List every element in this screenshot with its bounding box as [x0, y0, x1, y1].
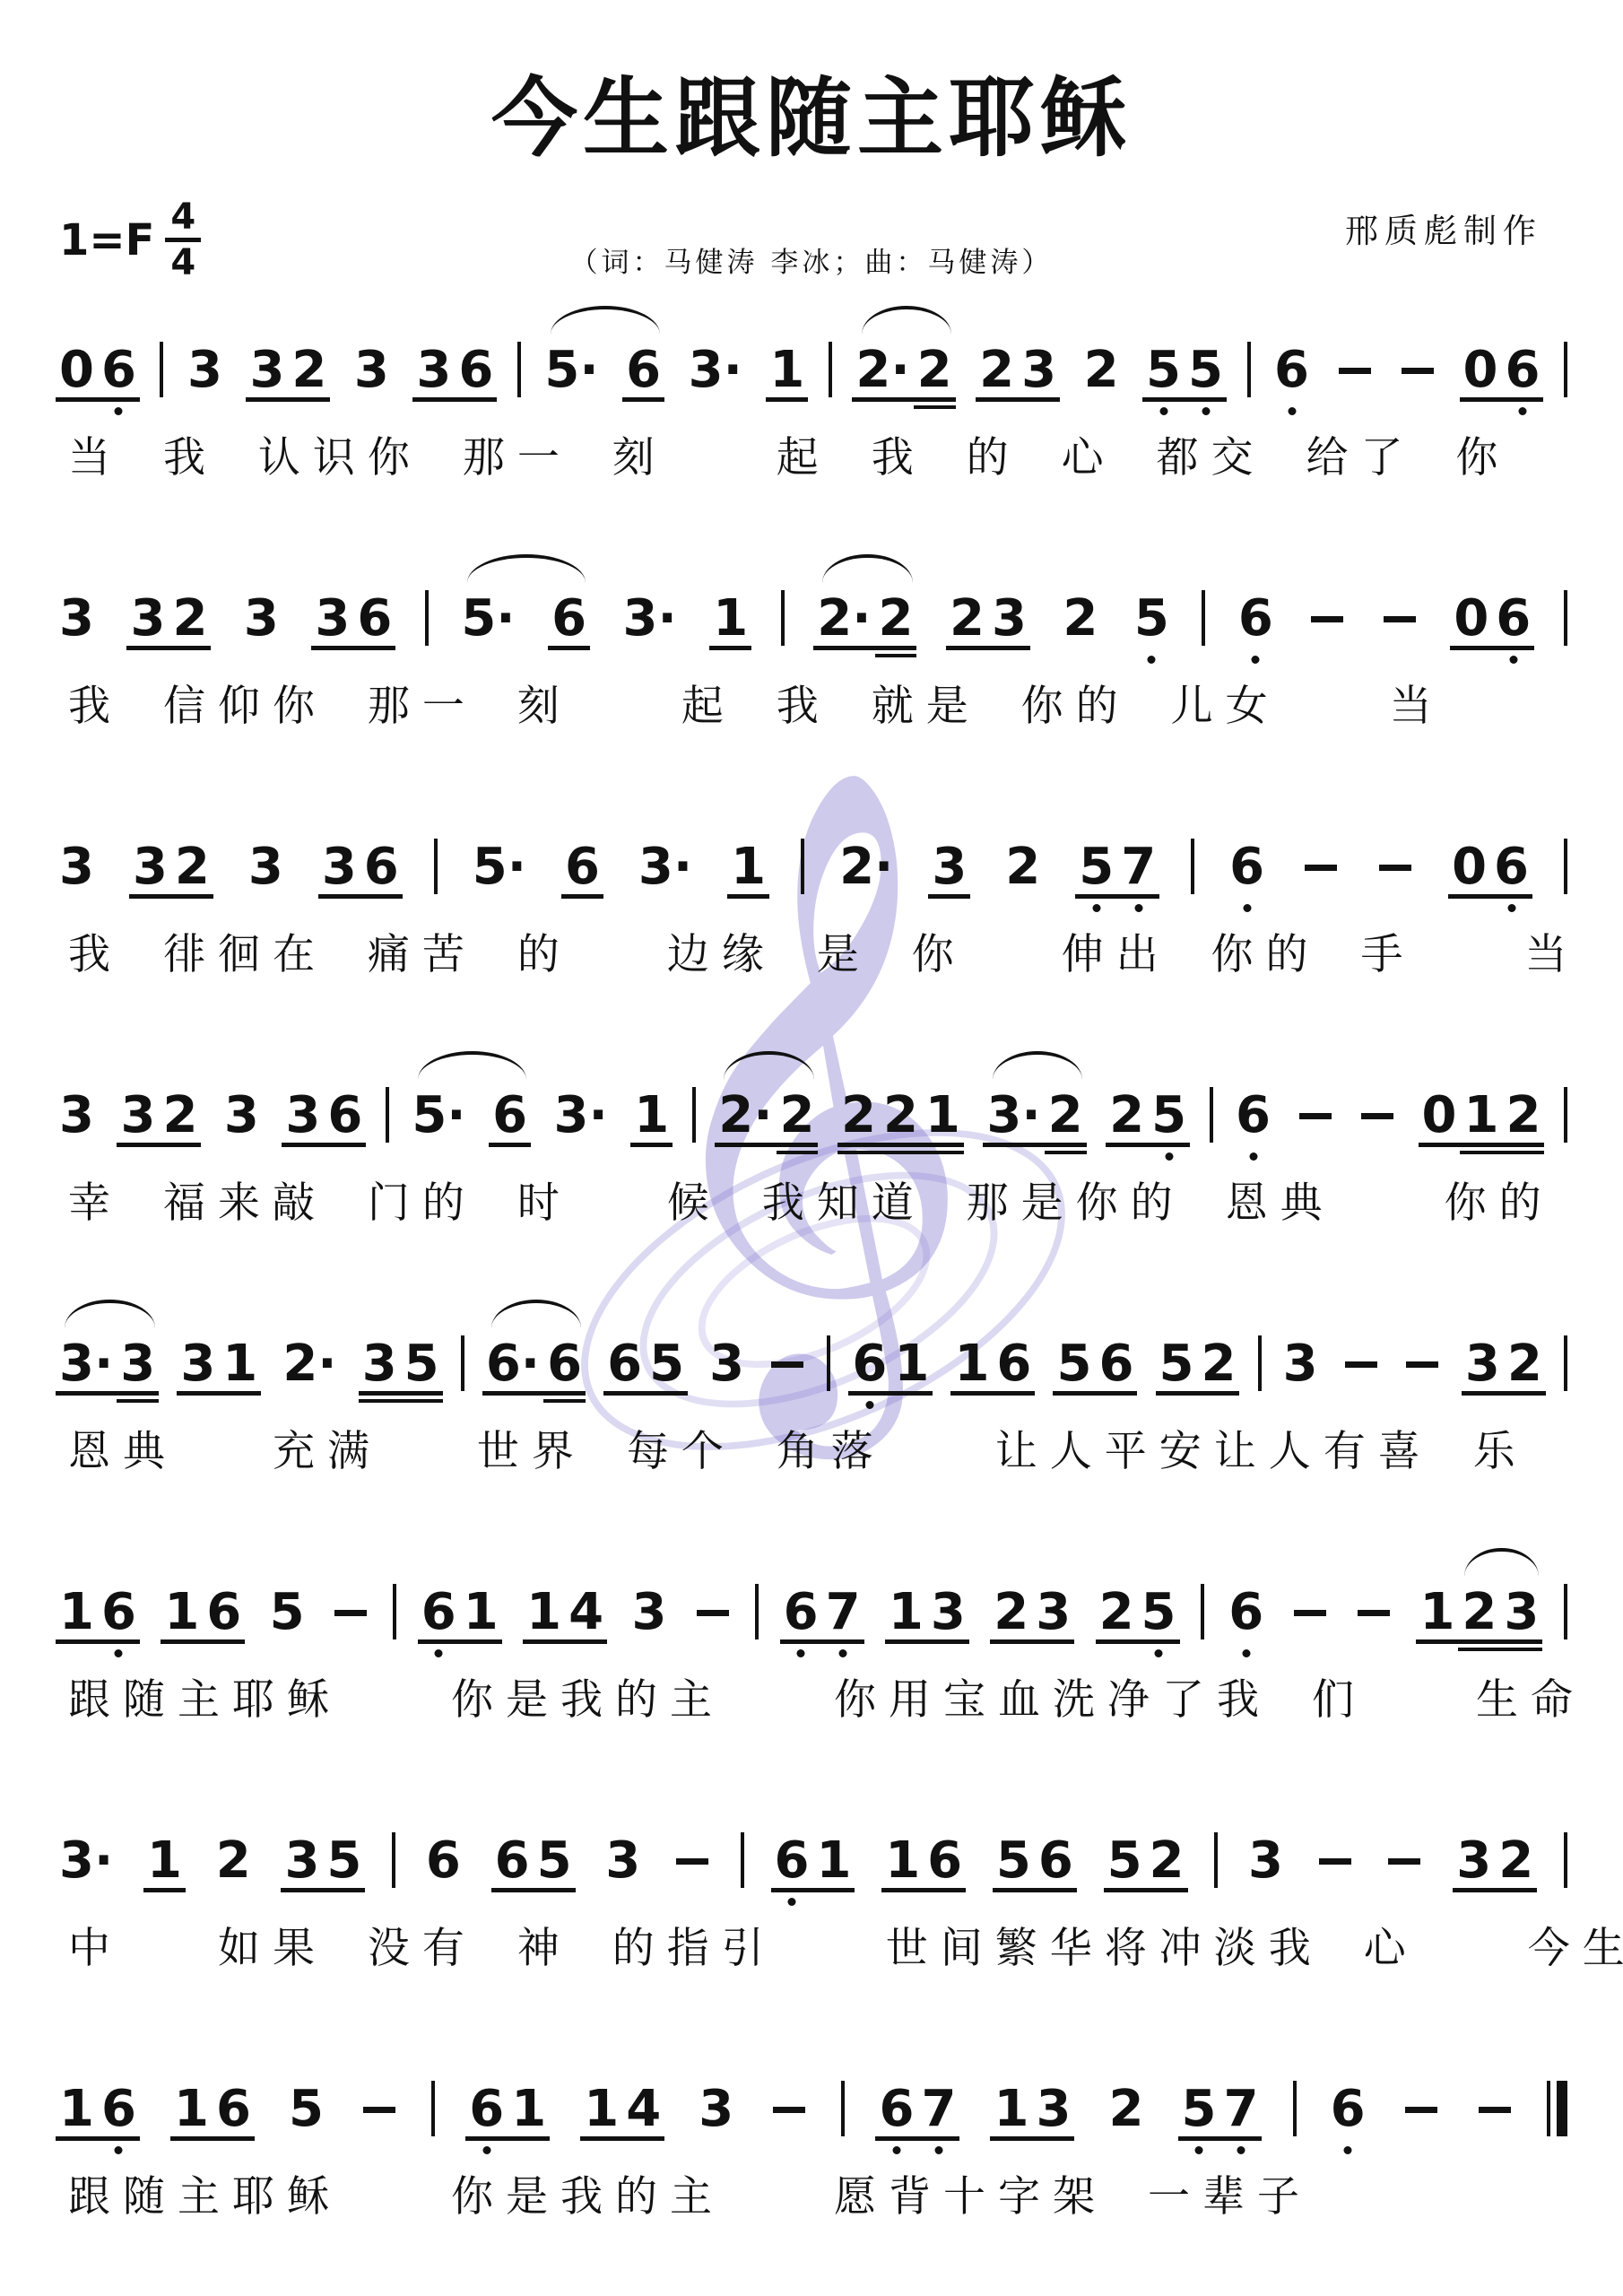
- note: 3: [221, 1089, 263, 1143]
- note: 5: [1104, 1834, 1146, 1888]
- note-group: 23: [976, 344, 1060, 402]
- note-group: 6: [1235, 592, 1277, 646]
- note: 2·: [715, 1089, 776, 1143]
- score-meta: 1=F 4 4 （词：马健涛 李冰；曲：马健涛） 邢质彪制作: [56, 177, 1567, 311]
- barline: [386, 1087, 389, 1143]
- barline: [1214, 1832, 1218, 1888]
- note-group: 3: [56, 1089, 98, 1143]
- note: 3: [1462, 1337, 1504, 1391]
- note: 1: [219, 1337, 261, 1391]
- note: 1: [727, 840, 769, 894]
- note-group: 55: [1142, 344, 1227, 402]
- barline: [1564, 590, 1567, 646]
- note: 6: [1327, 2083, 1369, 2136]
- note-group: 3·: [685, 344, 746, 397]
- note-group: 61: [848, 1337, 933, 1396]
- note-group: [1400, 2107, 1443, 2136]
- note-group: 3: [245, 840, 287, 894]
- note: 2: [1197, 1337, 1239, 1391]
- note: 1: [630, 1089, 673, 1143]
- note: 1: [1460, 1089, 1502, 1143]
- notes-row: 3323365·63·12·22325606: [56, 560, 1567, 664]
- note-group: 5: [266, 1586, 308, 1639]
- note: 2: [213, 1834, 255, 1888]
- barline: [1258, 1335, 1262, 1391]
- note: 2: [1059, 592, 1101, 646]
- barline: [1564, 1087, 1567, 1143]
- octave-dot: [892, 2146, 900, 2154]
- note-group: 3: [695, 2083, 737, 2136]
- note-group: 06: [56, 344, 140, 402]
- note-group: 6: [548, 592, 590, 650]
- note: 3: [602, 1834, 644, 1888]
- note-group: 57: [1178, 2083, 1263, 2141]
- note: 7: [822, 1586, 864, 1639]
- note: 6: [561, 840, 603, 894]
- barline: [755, 1584, 759, 1639]
- note: 1: [170, 2083, 213, 2136]
- note-group: 6: [622, 344, 664, 402]
- note: 2: [1045, 1089, 1087, 1143]
- dash-note: [1402, 368, 1434, 374]
- note-group: [1352, 1610, 1395, 1639]
- producer-credit: 邢质彪制作: [1345, 204, 1542, 252]
- note: 6: [993, 1337, 1035, 1391]
- barline: [741, 1832, 744, 1888]
- note: 6: [489, 1089, 531, 1143]
- note-group: 5: [1131, 592, 1173, 646]
- note: 6: [213, 2083, 255, 2136]
- note: 3: [117, 1089, 159, 1143]
- octave-dot: [115, 2146, 123, 2154]
- barline: [1564, 342, 1567, 397]
- note-group: 32: [129, 840, 213, 899]
- note-group: 65: [603, 1337, 688, 1396]
- octave-dot: [1507, 904, 1515, 912]
- note: 3: [695, 2083, 737, 2136]
- octave-dot: [1155, 1649, 1163, 1657]
- note: 6·: [482, 1337, 543, 1391]
- note: 6: [780, 1586, 822, 1639]
- note-group: 23: [990, 1586, 1074, 1644]
- note-group: [1473, 2107, 1516, 2136]
- slur: [724, 1051, 813, 1080]
- note-group: 1: [766, 344, 808, 402]
- note: 3: [129, 840, 171, 894]
- note: 5: [1138, 1586, 1180, 1639]
- note-group: 31: [177, 1337, 261, 1396]
- note: 2: [838, 1089, 880, 1143]
- note: 3: [1018, 344, 1060, 397]
- barline: [1202, 590, 1205, 646]
- note: 0: [56, 344, 98, 397]
- note-group: 3·: [551, 1089, 612, 1143]
- note: 5: [534, 1834, 576, 1888]
- barline-thick: [1557, 2081, 1567, 2136]
- note-group: 57: [1075, 840, 1159, 899]
- lyrics-row: 恩典 充满 世界 每个 角落 让人平安让人有喜 乐 今生: [56, 1418, 1567, 1478]
- note: 6: [324, 1089, 366, 1143]
- note-group: 3·3: [56, 1337, 159, 1396]
- barline: [1564, 1832, 1567, 1888]
- note: 5: [401, 1337, 443, 1391]
- note: 6: [543, 1337, 586, 1391]
- dash-note: [1311, 616, 1343, 622]
- note: 1: [161, 1586, 203, 1639]
- time-signature-numerator: 4: [165, 198, 201, 242]
- dash-note: [1384, 616, 1416, 622]
- note-group: [1306, 616, 1349, 646]
- dash-note: [1406, 1361, 1438, 1368]
- note-group: 2: [1002, 840, 1044, 894]
- note-group: [1289, 1610, 1332, 1639]
- note-group: 56: [1053, 1337, 1137, 1396]
- note: 5: [266, 1586, 308, 1639]
- octave-dot: [797, 1649, 805, 1657]
- note: 5: [1178, 2083, 1220, 2136]
- note: 1: [881, 1834, 924, 1888]
- note: 2: [1106, 2083, 1148, 2136]
- note-group: 2·2: [813, 592, 916, 650]
- note-group: 3: [56, 840, 98, 894]
- octave-dot: [435, 1649, 443, 1657]
- note-group: 56: [993, 1834, 1077, 1892]
- note-group: 6·6: [482, 1337, 586, 1396]
- note-group: 3: [240, 592, 282, 646]
- octave-dot: [115, 407, 123, 415]
- note-group: 16: [881, 1834, 966, 1892]
- note: 6: [1095, 1337, 1137, 1391]
- octave-dot: [1242, 1649, 1250, 1657]
- note: 6: [771, 1834, 813, 1888]
- note-group: 16: [56, 1586, 140, 1644]
- notes-row: 063323365·63·12·223255606: [56, 311, 1567, 415]
- dash-note: [697, 1610, 729, 1616]
- music-line: 1616561143671323256123跟随主耶稣 你是我的主 你用宝血洗净…: [56, 1553, 1567, 1726]
- note: 6: [924, 1834, 966, 1888]
- note-group: 36: [311, 592, 395, 650]
- note: 3·: [56, 1834, 117, 1888]
- note: 2: [990, 1586, 1032, 1639]
- note-group: 52: [1156, 1337, 1240, 1396]
- note-group: [1378, 616, 1421, 646]
- note-group: [1396, 368, 1439, 397]
- note-group: 3: [221, 1089, 263, 1143]
- note: 2: [946, 592, 988, 646]
- note: 6: [1271, 344, 1313, 397]
- octave-dot: [865, 1401, 873, 1409]
- note: 3: [928, 840, 970, 894]
- note: 5: [1148, 1089, 1190, 1143]
- note: 5: [285, 2083, 327, 2136]
- slur: [467, 554, 586, 583]
- note: 1: [885, 1586, 927, 1639]
- note: 5·: [469, 840, 530, 894]
- note-group: [1356, 1113, 1399, 1143]
- octave-dot: [1344, 2146, 1352, 2154]
- music-line: 161656114367132576跟随主耶稣 你是我的主 愿背十字架 一辈子: [56, 2050, 1567, 2223]
- octave-dot: [1195, 2146, 1203, 2154]
- note-group: 6: [1327, 2083, 1369, 2136]
- note-group: 65: [491, 1834, 576, 1892]
- octave-dot: [787, 1898, 795, 1906]
- note-group: 25: [1106, 1089, 1190, 1147]
- final-barline: [1547, 2081, 1567, 2136]
- slur: [491, 1300, 581, 1328]
- dash-note: [1379, 865, 1411, 871]
- note-group: 2·2: [852, 344, 955, 402]
- note: 6: [98, 2083, 140, 2136]
- note-group: 6: [422, 1834, 464, 1888]
- barline: [461, 1335, 464, 1391]
- note: 6: [98, 344, 140, 397]
- note: 3: [184, 344, 226, 397]
- note-group: [1294, 1113, 1337, 1143]
- note-group: 1: [709, 592, 751, 650]
- note-group: 35: [281, 1834, 365, 1892]
- note-group: 2·2: [715, 1089, 818, 1147]
- music-line: 3323365·63·12·22213·2256012幸 福来敲 门的 时 候 …: [56, 1057, 1567, 1230]
- note: 5: [1142, 344, 1185, 397]
- notes-row: 3323365·63·12·22213·2256012: [56, 1057, 1567, 1161]
- octave-dot: [482, 2146, 490, 2154]
- note: 3: [282, 1089, 324, 1143]
- note: 3: [240, 592, 282, 646]
- barline: [434, 839, 438, 894]
- octave-dot: [1165, 1152, 1173, 1161]
- barline: [1191, 839, 1194, 894]
- lyrics-row: 跟随主耶稣 你是我的主 愿背十字架 一辈子: [56, 2163, 1567, 2223]
- note-group: 3: [184, 344, 226, 397]
- note-group: 14: [580, 2083, 664, 2141]
- note-group: 67: [875, 2083, 959, 2141]
- octave-dot: [1202, 407, 1210, 415]
- notes-row: 161656114367132576: [56, 2050, 1567, 2154]
- note-group: [1340, 1361, 1383, 1391]
- music-line: 3323365·63·12·3257606我 徘徊在 痛苦 的 边缘 是 你 伸…: [56, 808, 1567, 981]
- barline: [1564, 1584, 1567, 1639]
- note-group: 61: [771, 1834, 855, 1892]
- note-group: [691, 1610, 734, 1639]
- dash-note: [1405, 2107, 1437, 2113]
- dash-note: [1345, 1361, 1377, 1368]
- note: 3: [1245, 1834, 1287, 1888]
- note: 3·: [983, 1089, 1044, 1143]
- note: 3: [56, 592, 98, 646]
- note-group: 6: [489, 1089, 531, 1147]
- dash-note: [1299, 1113, 1332, 1119]
- notes-row: 1616561143671323256123: [56, 1553, 1567, 1657]
- note: 6: [1490, 840, 1532, 894]
- slur: [65, 1300, 154, 1328]
- music-line: 3·1235665361165652332中 如果 没有 神 的指引 世间繁华将…: [56, 1802, 1567, 1975]
- note-group: 16: [170, 2083, 255, 2141]
- octave-dot: [839, 1649, 847, 1657]
- note: 6: [1225, 1586, 1267, 1639]
- note-group: 3: [628, 1586, 670, 1639]
- octave-dot: [1237, 2146, 1245, 2154]
- note: 5: [1053, 1337, 1095, 1391]
- note: 4: [622, 2083, 664, 2136]
- note: 6: [98, 1586, 140, 1639]
- dash-note: [334, 1610, 367, 1616]
- note: 5: [323, 1834, 365, 1888]
- note: 2: [1504, 1337, 1546, 1391]
- note-group: 36: [318, 840, 403, 899]
- note-group: 2: [1059, 592, 1101, 646]
- note: 6: [875, 2083, 917, 2136]
- note-group: 3: [1245, 1834, 1287, 1888]
- note-group: 5·: [457, 592, 518, 646]
- lyrics-row: 我 徘徊在 痛苦 的 边缘 是 你 伸出 你的 手 当: [56, 921, 1567, 981]
- note-group: 5·: [408, 1089, 469, 1143]
- note-group: 1: [143, 1834, 186, 1892]
- note-group: 23: [946, 592, 1030, 650]
- barline: [692, 1087, 696, 1143]
- barline: [1547, 2081, 1550, 2136]
- note-group: 16: [161, 1586, 245, 1644]
- note: 2: [880, 1089, 922, 1143]
- lyrics-row: 当 我 认识你 那一 刻 起 我 的 心 都交 给了 你 当: [56, 424, 1567, 484]
- barline: [1210, 1087, 1213, 1143]
- octave-dot: [934, 2146, 942, 2154]
- note: 3: [706, 1337, 748, 1391]
- note-group: [1383, 1858, 1426, 1888]
- note: 1: [56, 2083, 98, 2136]
- barline: [1293, 2081, 1297, 2136]
- note: 5: [646, 1337, 688, 1391]
- music-line: 063323365·63·12·223255606当 我 认识你 那一 刻 起 …: [56, 311, 1567, 484]
- note-group: [1299, 865, 1342, 894]
- note: 6: [622, 344, 664, 397]
- note: 2: [875, 592, 917, 646]
- note: 2·: [836, 840, 897, 894]
- note-group: 2: [1081, 344, 1123, 397]
- note: 5·: [408, 1089, 469, 1143]
- note: 1: [990, 2083, 1032, 2136]
- notes-row: 3323365·63·12·3257606: [56, 808, 1567, 912]
- note-group: 123: [1416, 1586, 1542, 1644]
- note: 3: [359, 1337, 401, 1391]
- score: 063323365·63·12·223255606当 我 认识你 那一 刻 起 …: [56, 311, 1567, 2223]
- note: 6: [1502, 344, 1544, 397]
- note: 3: [56, 1089, 98, 1143]
- slur: [822, 554, 912, 583]
- octave-dot: [115, 1649, 123, 1657]
- note: 2: [1146, 1834, 1188, 1888]
- note-group: 25: [1096, 1586, 1180, 1644]
- note-group: 61: [418, 1586, 502, 1644]
- note-group: 6: [1271, 344, 1313, 397]
- note: 3: [351, 344, 393, 397]
- note: 3: [1453, 1834, 1495, 1888]
- note-group: [766, 1361, 809, 1391]
- note: 6: [203, 1586, 245, 1639]
- barline: [425, 590, 429, 646]
- note-group: 13: [885, 1586, 969, 1644]
- note: 1: [709, 592, 751, 646]
- note: 2: [1106, 1089, 1148, 1143]
- note: 2: [171, 840, 213, 894]
- barline: [841, 2081, 845, 2136]
- note: 3: [281, 1834, 323, 1888]
- octave-dot: [1249, 1152, 1257, 1161]
- note: 0: [1450, 592, 1492, 646]
- note-group: 3·2: [983, 1089, 1086, 1147]
- dash-note: [676, 1858, 708, 1865]
- note-group: 13: [990, 2083, 1074, 2141]
- note-group: 1: [630, 1089, 673, 1147]
- note-group: 3: [56, 592, 98, 646]
- note: 0: [1419, 1089, 1461, 1143]
- note-group: 2: [1106, 2083, 1148, 2136]
- note: 1: [1416, 1586, 1458, 1639]
- note: 0: [1448, 840, 1490, 894]
- note: 3: [177, 1337, 219, 1391]
- note: 2: [777, 1089, 819, 1143]
- note-group: 16: [56, 2083, 140, 2141]
- note-group: 32: [246, 344, 330, 402]
- note-group: 3: [706, 1337, 748, 1391]
- music-line: 3323365·63·12·22325606我 信仰你 那一 刻 起 我 就是 …: [56, 560, 1567, 733]
- note-group: 32: [126, 592, 211, 650]
- note-group: 2·: [279, 1337, 340, 1391]
- note: 5: [1185, 344, 1227, 397]
- barline: [393, 1584, 396, 1639]
- note: 5·: [457, 592, 518, 646]
- note: 0: [1460, 344, 1502, 397]
- note-group: [1401, 1361, 1444, 1391]
- note: 2: [1002, 840, 1044, 894]
- note-group: 1: [727, 840, 769, 899]
- note-group: 6: [561, 840, 603, 899]
- note: 1: [890, 1337, 933, 1391]
- octave-dot: [1243, 904, 1251, 912]
- note-group: 2·: [836, 840, 897, 894]
- barline: [517, 342, 521, 397]
- note: 7: [917, 2083, 959, 2136]
- note: 6: [1232, 1089, 1274, 1143]
- note-group: 3: [602, 1834, 644, 1888]
- note-group: 2: [213, 1834, 255, 1888]
- note-group: 67: [780, 1586, 864, 1644]
- note: 6: [418, 1586, 460, 1639]
- dash-note: [1294, 1610, 1326, 1616]
- octave-dot: [1092, 904, 1100, 912]
- credits: （词：马健涛 李冰；曲：马健涛）: [56, 239, 1567, 280]
- note: 1: [460, 1586, 502, 1639]
- barline: [1201, 1584, 1204, 1639]
- note: 1: [950, 1337, 993, 1391]
- note-group: 14: [523, 1586, 607, 1644]
- dash-note: [1339, 368, 1371, 374]
- note: 3·: [635, 840, 696, 894]
- note-group: 5·: [469, 840, 530, 894]
- note: 5·: [541, 344, 602, 397]
- note: 2: [169, 592, 211, 646]
- note: 3·: [620, 592, 681, 646]
- slur: [993, 1051, 1082, 1080]
- note: 3: [126, 592, 169, 646]
- note: 2: [1495, 1834, 1537, 1888]
- octave-dot: [1134, 904, 1142, 912]
- barline: [781, 590, 785, 646]
- slur: [418, 1051, 527, 1080]
- note: 1: [812, 1834, 855, 1888]
- dash-note: [1361, 1113, 1393, 1119]
- note: 2: [914, 344, 956, 397]
- note: 6: [455, 344, 497, 397]
